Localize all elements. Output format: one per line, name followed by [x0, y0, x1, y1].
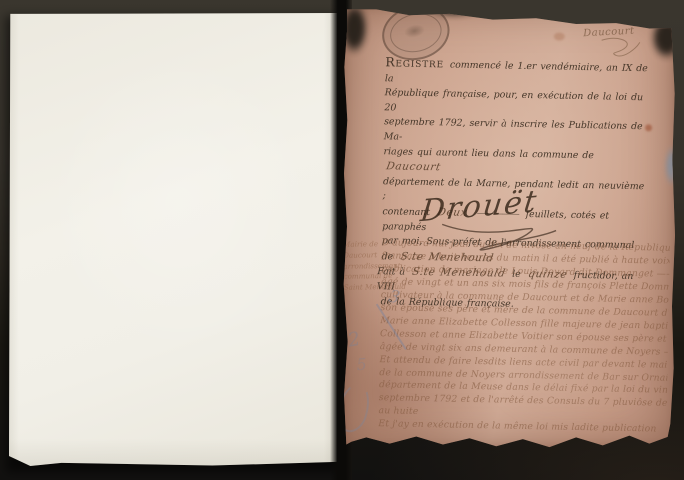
blue-pencil-digit: 5: [356, 354, 368, 374]
right-page-content: Daucourt Registre commencé le 1.er vendé…: [338, 2, 679, 451]
dark-stain-patch: [486, 0, 510, 11]
rust-spot: [645, 124, 652, 131]
archival-photo-canvas: Daucourt Registre commencé le 1.er vendé…: [0, 0, 684, 480]
foxing-spot: [554, 32, 565, 40]
printed-line: Registre commencé le 1.er vendémiaire, a…: [385, 55, 652, 91]
gray-blue-edge-smudge: [664, 145, 680, 187]
light-worn-area: [488, 335, 650, 428]
printed-line: riages qui auront lieu dans la commune d…: [383, 145, 650, 180]
register-right-page: Daucourt Registre commencé le 1.er vendé…: [343, 5, 676, 448]
blue-pencil-digit: 2: [346, 328, 362, 352]
printed-text: Registre: [385, 54, 444, 70]
blank-left-page: [9, 13, 337, 466]
dark-stain-patch: [650, 15, 683, 60]
handwritten-insert-commune: Daucourt: [385, 159, 442, 175]
dark-stain-patch: [426, 0, 480, 17]
printed-text: riages qui auront lieu dans la commune d…: [383, 146, 594, 161]
